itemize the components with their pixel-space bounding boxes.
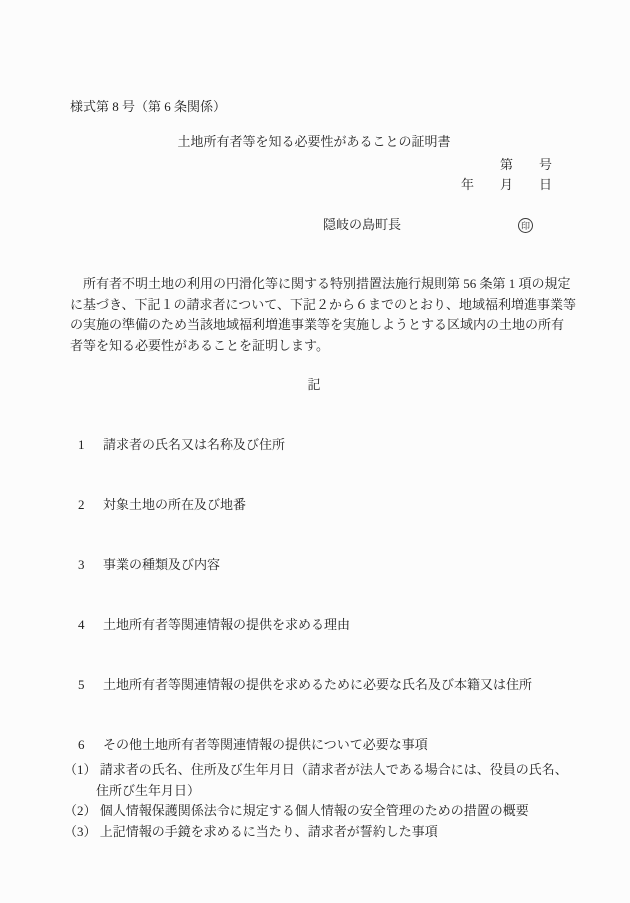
paragraph-line: に基づき、下記１の請求者について、下記２から６までのとおり、地域福利増進事業等 xyxy=(70,295,558,316)
form-number: 様式第 8 号（第 6 条関係） xyxy=(70,97,558,117)
sub-item-1-line-1: （1） 請求者の氏名、住所及び生年月日（請求者が法人である場合には、役員の氏名、 xyxy=(64,760,558,781)
paragraph-line: の実施の準備のため当該地域福利増進事業等を実施しようとする区域内の土地の所有 xyxy=(70,315,558,336)
item-label: その他土地所有者等関連情報の提供について必要な事項 xyxy=(103,737,428,752)
item-label: 土地所有者等関連情報の提供を求めるために必要な氏名及び本籍又は住所 xyxy=(103,677,532,692)
ki-section-header: 記 xyxy=(70,375,558,395)
sub-item-3: （3） 上記情報の手鏡を求めるに当たり、請求者が誓約した事項 xyxy=(64,822,558,843)
addressee-row: 隠岐の島町長 印 xyxy=(70,215,558,235)
sub-item-2: （2） 個人情報保護関係法令に規定する個人情報の安全管理のための措置の概要 xyxy=(64,801,558,822)
list-item-5: 5土地所有者等関連情報の提供を求めるために必要な氏名及び本籍又は住所 xyxy=(70,675,558,695)
seal-stamp-icon: 印 xyxy=(518,218,533,233)
addressee-name: 隠岐の島町長 xyxy=(323,215,401,235)
list-item-6: 6その他土地所有者等関連情報の提供について必要な事項 xyxy=(70,735,558,755)
list-item-4: 4土地所有者等関連情報の提供を求める理由 xyxy=(70,615,558,635)
item-number: 5 xyxy=(78,675,103,695)
certification-paragraph: 所有者不明土地の利用の円滑化等に関する特別措置法施行規則第 56 条第 1 項の… xyxy=(70,274,558,356)
item-label: 土地所有者等関連情報の提供を求める理由 xyxy=(103,617,350,632)
item-label: 事業の種類及び内容 xyxy=(103,557,220,572)
item-number: 1 xyxy=(78,435,103,455)
paragraph-line: 所有者不明土地の利用の円滑化等に関する特別措置法施行規則第 56 条第 1 項の… xyxy=(70,274,558,295)
certificate-document-page: 様式第 8 号（第 6 条関係） 土地所有者等を知る必要性があることの証明書 第… xyxy=(0,0,630,903)
item-label: 請求者の氏名又は名称及び住所 xyxy=(103,437,285,452)
list-item-1: 1請求者の氏名又は名称及び住所 xyxy=(70,435,558,455)
item-number: 2 xyxy=(78,495,103,515)
item-6-sub-list: （1） 請求者の氏名、住所及び生年月日（請求者が法人である場合には、役員の氏名、… xyxy=(70,760,558,842)
date-blank: 年 月 日 xyxy=(70,175,558,195)
document-number-blank: 第 号 xyxy=(70,155,558,175)
document-title: 土地所有者等を知る必要性があることの証明書 xyxy=(70,132,558,152)
sub-item-1-line-2: 住所び生年月日） xyxy=(96,781,558,802)
item-number: 3 xyxy=(78,555,103,575)
list-item-2: 2対象土地の所在及び地番 xyxy=(70,495,558,515)
item-label: 対象土地の所在及び地番 xyxy=(103,497,246,512)
item-number: 4 xyxy=(78,615,103,635)
list-item-3: 3事業の種類及び内容 xyxy=(70,555,558,575)
item-number: 6 xyxy=(78,735,103,755)
paragraph-line: 者等を知る必要性があることを証明します。 xyxy=(70,336,558,357)
